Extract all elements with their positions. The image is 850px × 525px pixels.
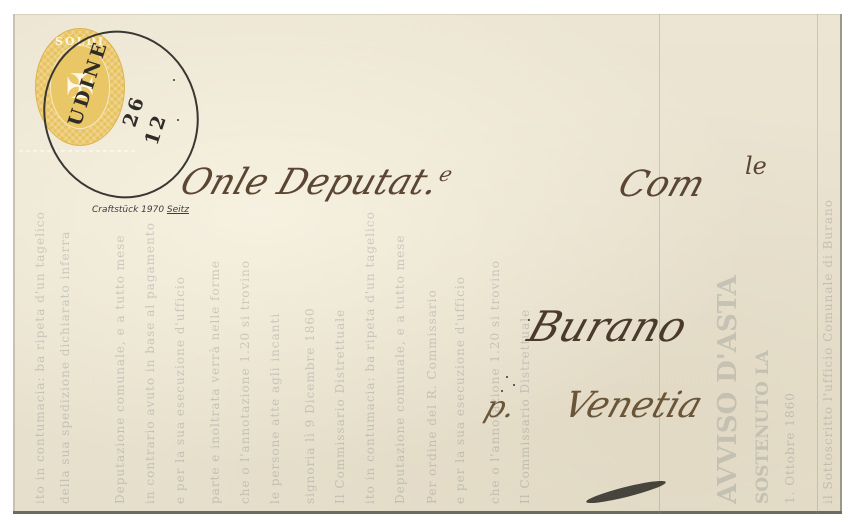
address-province: Venetia bbox=[558, 385, 707, 426]
bleed-text-column: signoria lì 9 Dicembre 1860 bbox=[303, 20, 317, 504]
bleed-text-column: Deputazione comunale, e a tutto mese bbox=[393, 20, 407, 504]
bleed-text-column: Per ordine del R. Commissario bbox=[425, 20, 439, 504]
fold-line bbox=[817, 14, 818, 514]
bleed-heading: AVVISO D'ASTA bbox=[713, 34, 745, 504]
ink-speck bbox=[506, 376, 508, 378]
address-superscript-le: le bbox=[745, 152, 767, 180]
bleed-date-line: 1. Ottobre 1860 bbox=[783, 54, 797, 504]
bleed-subheading: SOSTENUTO LA bbox=[753, 34, 775, 504]
pencil-note: Craftstück 1970 Seitz bbox=[92, 205, 189, 215]
bleed-text-column: Deputazione comunale, e a tutto mese bbox=[113, 194, 127, 504]
bleed-text-column: ito in contumacia: ba ripeta d'un tageli… bbox=[363, 20, 377, 504]
bleed-text-column: che o l'annotazione 1.20 si trovino bbox=[238, 20, 252, 504]
address-line-1: Onle Deputat.e bbox=[175, 162, 455, 203]
ink-speck bbox=[528, 319, 530, 321]
bleed-text-column: che o l'annotazione 1.20 si trovino bbox=[488, 74, 502, 504]
address-town: Burano bbox=[522, 302, 693, 351]
bleed-text-column: Il Commissario Distrettuale bbox=[518, 54, 532, 504]
bleed-right-column: il Sottoscritto l'ufficio Comunale di Bu… bbox=[821, 20, 835, 504]
fold-line bbox=[659, 14, 660, 514]
bleed-text-column: le persone atte agli incanti bbox=[268, 20, 282, 504]
bleed-text-column: parte e inoltrata verrà nelle forme bbox=[208, 20, 222, 504]
pencil-note-text: Craftstück 1970 bbox=[92, 205, 164, 215]
ink-speck bbox=[513, 384, 515, 386]
address-commune: Com bbox=[613, 164, 710, 205]
address-line-1-tail: Com bbox=[613, 164, 710, 205]
bleed-text-column: in contrario avuto in base al pagamento bbox=[143, 194, 157, 504]
address-addressee: Onle Deputat. bbox=[175, 162, 444, 203]
pencil-signature: Seitz bbox=[167, 205, 189, 215]
bleed-text-column: Il Commissario Distrettuale bbox=[333, 20, 347, 504]
bleed-text-column: e per la sua esecuzione d'ufficio bbox=[453, 274, 467, 504]
